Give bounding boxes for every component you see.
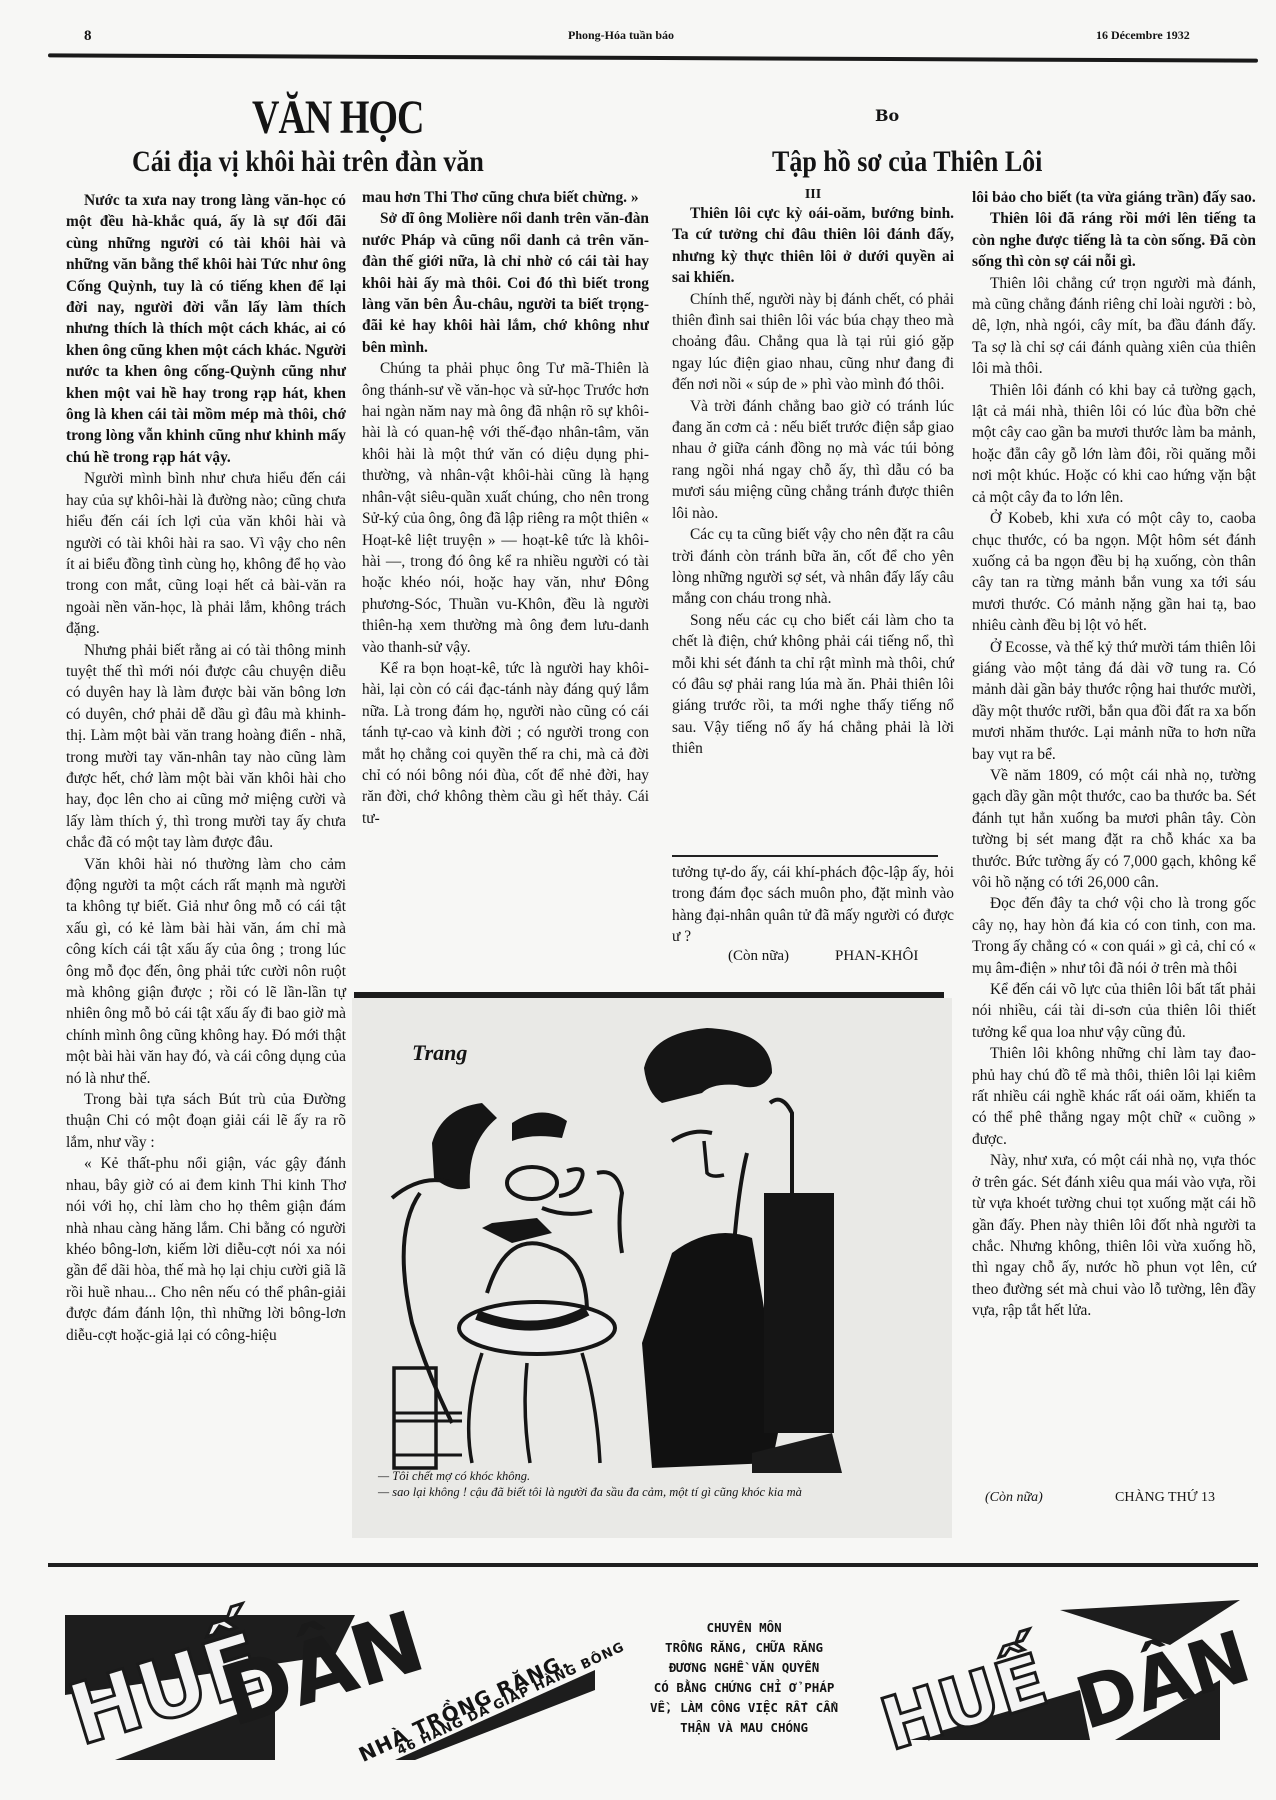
paragraph: Này, như xưa, có một cái nhà nọ, vựa thó…	[972, 1150, 1256, 1321]
paragraph: Thiên lôi cực kỳ oái-oăm, bướng bỉnh. Ta…	[672, 203, 954, 289]
paragraph: lôi bảo cho biết (ta vừa giáng trần) đấy…	[972, 187, 1256, 208]
ad-details: CHUYÊN MÔN TRỒNG RĂNG, CHỮA RĂNG ĐƯƠNG N…	[650, 1618, 838, 1738]
ad-rule	[48, 1563, 1258, 1567]
artist-signature: Trang	[412, 1040, 467, 1066]
article-right-column-4: lôi bảo cho biết (ta vừa giáng trần) đấy…	[972, 187, 1256, 1322]
headline-right: Tập hồ sơ của Thiên Lôi	[772, 145, 1042, 180]
article-left-continuation: tưởng tự-do ấy, cái khí-phách độc-lập ấy…	[672, 862, 954, 948]
newspaper-page: 8 Phong-Hóa tuần báo 16 Décembre 1932 VĂ…	[0, 0, 1276, 1800]
header-rule	[48, 53, 1258, 62]
ad-detail-line: TRỒNG RĂNG, CHỮA RĂNG	[650, 1638, 838, 1658]
issue-date: 16 Décembre 1932	[1096, 28, 1190, 43]
author-right: CHÀNG THỨ 13	[1115, 1490, 1215, 1506]
cartoon-caption-line-1: — Tôi chết mợ có khóc không.	[378, 1469, 530, 1484]
paragraph: Các cụ ta cũng biết vậy cho nên đặt ra c…	[672, 524, 954, 610]
article-left-column-1: Nước ta xưa nay trong làng văn-học có mộ…	[66, 190, 346, 1346]
paragraph: Sở dĩ ông Molière nổi danh trên văn-đàn …	[362, 208, 649, 358]
article-divider	[672, 855, 938, 857]
ad-detail-line: VỀ, LÀM CÔNG VIỆC RẤT CẨN	[650, 1698, 838, 1718]
paragraph: mau hơn Thi Thơ cũng chưa biết chừng. »	[362, 187, 649, 208]
article-right-column-3: III Thiên lôi cực kỳ oái-oăm, bướng bỉnh…	[672, 187, 954, 760]
continued-note-left: (Còn nữa)	[728, 948, 789, 965]
paragraph: Kể ra bọn hoạt-kê, tức là người hay khôi…	[362, 658, 649, 829]
section-title: VĂN HỌC	[252, 91, 423, 146]
headline-left: Cái địa vị khôi hài trên đàn văn	[132, 145, 484, 180]
paragraph: Kể đến cái võ lực của thiên lôi bất tất …	[972, 979, 1256, 1043]
article-left-column-2: mau hơn Thi Thơ cũng chưa biết chừng. » …	[362, 187, 649, 829]
newspaper-title: Phong-Hóa tuần báo	[568, 28, 674, 43]
part-number: III	[672, 187, 954, 203]
ad-detail-line: CHUYÊN MÔN	[650, 1618, 838, 1638]
paragraph: Song nếu các cụ cho biết cái làm cho ta …	[672, 610, 954, 760]
paragraph: Thiên lôi chẳng cứ trọn người mà đánh, m…	[972, 273, 1256, 380]
cartoon-caption-line-2: — sao lại không ! cậu đã biết tôi là ngư…	[378, 1485, 802, 1500]
paragraph: Chúng ta phải phục ông Tư mã-Thiên là ôn…	[362, 358, 649, 658]
paragraph: Thiên lôi đã ráng rồi mới lên tiếng ta c…	[972, 208, 1256, 272]
paragraph: Thiên lôi không những chỉ làm tay đao-ph…	[972, 1043, 1256, 1150]
paragraph: « Kẻ thất-phu nổi giận, vác gậy đánh nha…	[66, 1153, 346, 1346]
continued-note-right: (Còn nữa)	[985, 1490, 1043, 1506]
paragraph: Người mình bình như chưa hiểu đến cái ha…	[66, 468, 346, 639]
paragraph: tưởng tự-do ấy, cái khí-phách độc-lập ấy…	[672, 862, 954, 948]
cartoon-illustration	[352, 993, 952, 1538]
ad-detail-line: CÓ BẰNG CHỨNG CHỈ Ở PHÁP	[650, 1678, 838, 1698]
section-mark: Bo	[875, 106, 899, 125]
page-number: 8	[84, 28, 92, 45]
author-left: PHAN-KHÔI	[835, 948, 918, 965]
paragraph: Nước ta xưa nay trong làng văn-học có mộ…	[66, 190, 346, 468]
paragraph: Chính thế, người này bị đánh chết, có ph…	[672, 289, 954, 396]
paragraph: Về năm 1809, có một cái nhà nọ, tường gạ…	[972, 765, 1256, 893]
paragraph: Ở Ecosse, và thế kỷ thứ mười tám thiên l…	[972, 637, 1256, 765]
paragraph: Thiên lôi đánh có khi bay cả tường gạch,…	[972, 380, 1256, 508]
ad-detail-line: THẬN VÀ MAU CHÓNG	[650, 1718, 838, 1738]
paragraph: Trong bài tựa sách Bút trù của Đường thu…	[66, 1089, 346, 1153]
paragraph: Văn khôi hài nó thường làm cho cảm động …	[66, 854, 346, 1089]
paragraph: Và trời đánh chẳng bao giờ có tránh lúc …	[672, 396, 954, 524]
ad-detail-line: ĐƯƠNG NGHỀ VĂN QUYỀN	[650, 1658, 838, 1678]
paragraph: Đọc đến đây ta chớ vội cho là trong gốc …	[972, 893, 1256, 979]
paragraph: Ở Kobeb, khi xưa có một cây to, caoba ch…	[972, 508, 1256, 636]
paragraph: Nhưng phải biết rằng ai có tài thông min…	[66, 640, 346, 854]
